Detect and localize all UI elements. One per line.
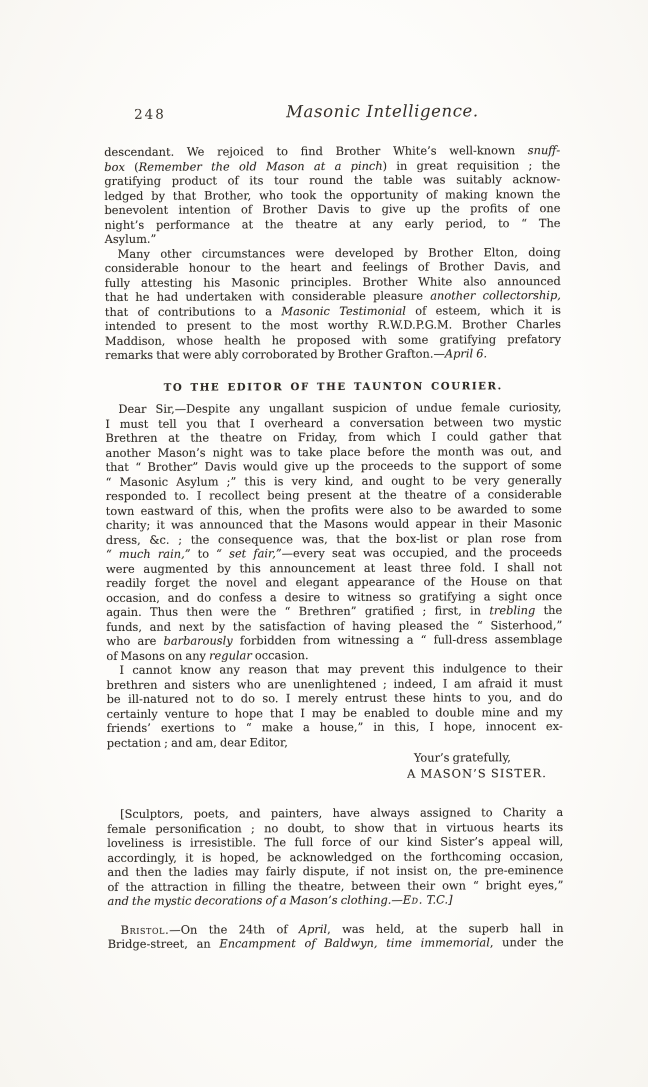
body-text-run: benevolent intention of Brother Davis to… [104,201,560,217]
body-text-run: considerable honour to the heart and fee… [105,259,561,275]
italic-text: snuff- [528,143,560,157]
paragraph: Many other circumstances were developed … [105,245,562,363]
body-text-run: , was held, at the superb hall in [327,920,564,935]
body-text-run: readily forget the novel and elegant app… [106,574,562,590]
body-text-run: again. Thus then were the “ Brethren” gr… [106,603,489,619]
body-text-run: who are [106,634,163,648]
body-text-run: forbidden from witnessing a “ full-dress… [233,632,563,647]
italic-text: “ much rain,” [106,547,191,561]
italic-text: box [104,159,125,173]
italic-text: and the mystic decorations of a Mason’s … [107,893,402,908]
text-line: Maddison, whose health he proposed with … [105,332,561,348]
page-body: descendant. We rejoiced to find Brother … [104,143,564,951]
italic-text: Ed. [403,893,427,907]
body-text-run: be ill-natured not to do so. I merely en… [107,690,563,706]
body-text-run: —On the 24th of [169,922,299,937]
italic-text: T.C.] [427,892,453,906]
body-text-run: gratifying product of its tour round the… [104,172,560,188]
body-text-run: that he had undertaken with considerable… [105,289,430,304]
body-text-run: accordingly, it is hoped, be acknowledge… [107,848,563,864]
body-text-run: funds, and next by the satisfaction of h… [106,618,562,634]
body-text-run: occasion. [252,648,309,662]
body-text-run: certainly venture to hope that I may be … [107,704,563,720]
running-title: Masonic Intelligence. [286,101,479,121]
body-text-run: Bristol. [121,922,170,936]
italic-text: trebling [489,603,535,617]
body-text-run: the [535,603,562,617]
paragraph: Dear Sir,—Despite any ungallant suspicio… [105,400,562,663]
text-line: pectation ; and am, dear Editor, [107,733,563,749]
signoff-line: Your’s gratefully, [107,750,563,767]
page-number: 248 [134,107,166,123]
body-text-run: intended to present to the most worthy R… [105,317,561,333]
body-text-run: female personification ; no doubt, to sh… [107,819,563,835]
italic-text: April [299,922,327,936]
body-text-run: occasion, and do confess a desire to wit… [106,589,562,605]
italic-text: Remember the old Mason at a pinch [139,158,383,173]
paragraph: I cannot know any reason that may preven… [106,661,562,750]
italic-text: another collectorship, [430,288,561,303]
body-text-run: “ Masonic Asylum ;” this is very kind, a… [106,473,562,489]
italic-text: regular [209,648,252,662]
body-text-run: —every seat was occupied, and the procee… [282,545,562,560]
body-text-run: I cannot know any reason that may preven… [119,661,562,677]
body-text-run: , under the [490,935,564,949]
letter-signoff: Your’s gratefully,A MASON’S SISTER. [107,750,563,783]
italic-text: Masonic Testimonial [281,303,406,318]
text-line: and the mystic decorations of a Mason’s … [107,892,563,908]
body-text-run: Maddison, whose health he proposed with … [105,332,561,348]
body-text-run: Dear Sir,—Despite any ungallant suspicio… [118,400,561,416]
italic-text: Encampment of Baldwyn, time immemorial [219,935,489,950]
body-text-run: of Masons on any [106,648,209,662]
body-text-run: ( [125,159,139,173]
body-text-run: that of contributions to a [105,304,282,319]
body-text-run: ledged by that Brother, who took the opp… [104,187,560,203]
paragraph: descendant. We rejoiced to find Brother … [104,143,560,246]
section-heading: TO THE EDITOR OF THE TAUNTON COURIER. [105,379,561,395]
text-sheet: 248 Masonic Intelligence. descendant. We… [104,101,564,951]
signoff-line: A MASON’S SISTER. [107,765,563,782]
body-text-run: to [190,547,216,561]
body-text-run: pectation ; and am, dear Editor, [107,735,288,750]
text-line: of the attraction in filling the theatre… [107,877,563,893]
body-text-run: fully attesting his Masonic principles. … [105,274,561,290]
italic-text: “ set fair,” [216,546,282,560]
paragraph: Bristol.—On the 24th of April, was held,… [108,920,564,951]
body-text-run: friends’ exertions to “ make a house,” i… [107,719,563,735]
body-text-run: that “ Brother” Davis would give up the … [106,458,562,474]
paragraph: [Sculptors, poets, and painters, have al… [107,805,563,908]
body-text-run: town eastward of this, when the profits … [106,502,562,518]
body-text-run: and then the ladies may fairly dispute, … [107,863,563,879]
body-text-run: of esteem, which it is [406,303,561,318]
body-text-run: Many other circumstances were developed … [118,245,561,261]
body-text-run: Bridge-street, an [108,936,220,950]
page-header: 248 Masonic Intelligence. [104,101,560,133]
body-text-run: charity; it was announced that the Mason… [106,516,562,532]
body-text-run: another Mason’s night was to take place … [105,444,561,460]
body-text-run: descendant. We rejoiced to find Brother … [104,143,528,159]
text-line: night’s performance at the theatre at an… [105,216,561,232]
body-text-run: of the attraction in filling the theatre… [107,877,563,893]
body-text-run: [Sculptors, poets, and painters, have al… [120,805,563,821]
body-text-run: responded to. I recollect being present … [106,487,562,503]
text-line: friends’ exertions to “ make a house,” i… [107,719,563,735]
italic-text: barbarously [164,633,233,647]
body-text-run: ) in great requisition ; the [383,158,561,173]
body-text-run: dress, &c. ; the consequence was, that t… [106,531,562,547]
body-text-run: remarks that were ably corroborated by B… [105,347,445,362]
body-text-run: Asylum.” [105,232,157,246]
italic-text: April 6. [445,346,487,360]
text-line: Bridge-street, an Encampment of Baldwyn,… [108,935,564,951]
body-text-run: I must tell you that I overheard a conve… [105,415,561,431]
body-text-run: night’s performance at the theatre at an… [105,216,561,232]
text-line: who are barbarously forbidden from witne… [106,632,562,648]
text-line: remarks that were ably corroborated by B… [105,346,561,362]
body-text-run: were augmented by this announcement at l… [106,560,562,576]
scanned-page: 248 Masonic Intelligence. descendant. We… [0,0,648,1087]
body-text-run: Brethren at the theatre on Friday, from … [105,429,561,445]
body-text-run: brethren and sisters who are unenlighten… [107,675,563,691]
body-text-run: loveliness is irresistible. The full for… [107,834,563,850]
